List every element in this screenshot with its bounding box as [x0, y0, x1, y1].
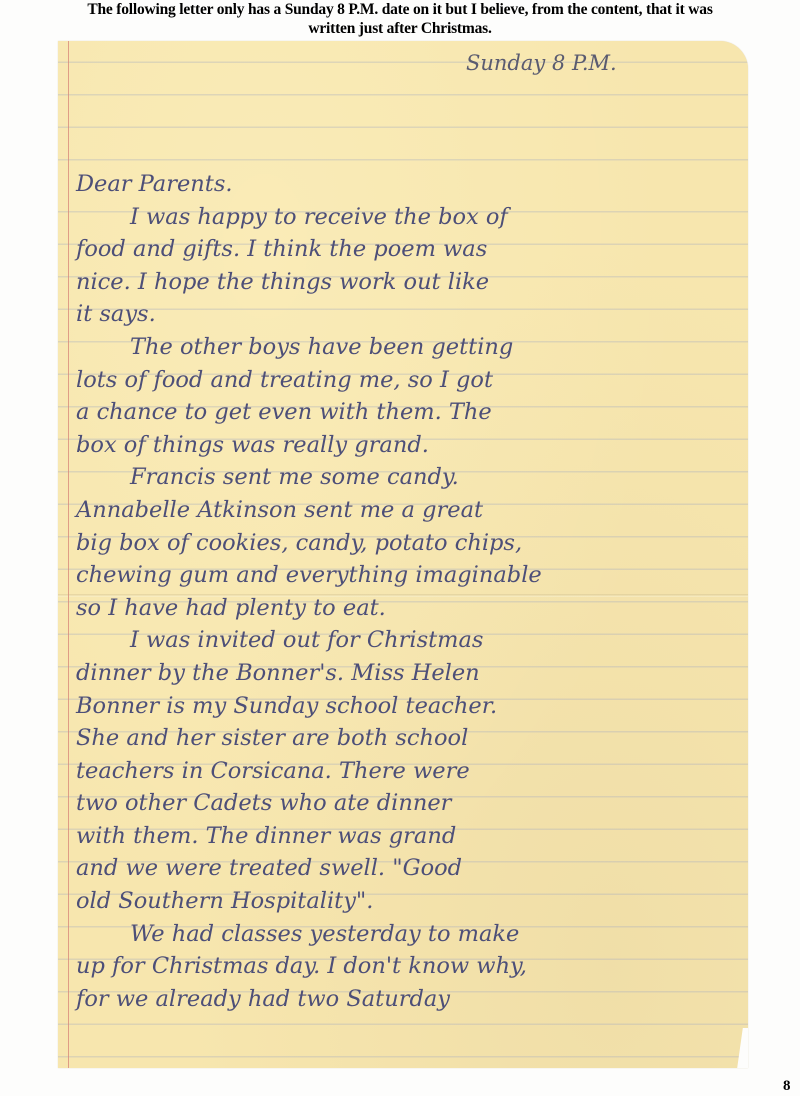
letter-line: She and her sister are both school: [76, 722, 741, 755]
letter-line: Bonner is my Sunday school teacher.: [76, 690, 741, 723]
letter-line: old Southern Hospitality".: [76, 885, 741, 918]
letter-line: up for Christmas day. I don't know why,: [76, 950, 741, 983]
letter-line: a chance to get even with them. The: [76, 396, 741, 429]
letter-body: Dear Parents.I was happy to receive the …: [76, 168, 741, 1015]
letter-line: Dear Parents.: [76, 168, 741, 201]
letter-date: Sunday 8 P.M.: [466, 51, 617, 75]
caption-line-1: The following letter only has a Sunday 8…: [0, 0, 800, 19]
letter-line: I was happy to receive the box of: [76, 201, 741, 234]
margin-rule: [68, 41, 69, 1068]
letter-line: and we were treated swell. "Good: [76, 852, 741, 885]
letter-line: I was invited out for Christmas: [76, 624, 741, 657]
caption-line-2: written just after Christmas.: [0, 19, 800, 38]
letter-line: Francis sent me some candy.: [76, 461, 741, 494]
letter-line: teachers in Corsicana. There were: [76, 755, 741, 788]
letter-line: big box of cookies, candy, potato chips,: [76, 527, 741, 560]
letter-page: Sunday 8 P.M. Dear Parents.I was happy t…: [58, 41, 748, 1068]
letter-line: with them. The dinner was grand: [76, 820, 741, 853]
letter-line: lots of food and treating me, so I got: [76, 364, 741, 397]
document-caption: The following letter only has a Sunday 8…: [0, 0, 800, 38]
letter-line: chewing gum and everything imaginable: [76, 559, 741, 592]
letter-line: for we already had two Saturday: [76, 983, 741, 1016]
letter-line: box of things was really grand.: [76, 429, 741, 462]
letter-line: We had classes yesterday to make: [76, 918, 741, 951]
letter-line: so I have had plenty to eat.: [76, 592, 741, 625]
page-number: 8: [783, 1078, 791, 1095]
letter-line: Annabelle Atkinson sent me a great: [76, 494, 741, 527]
letter-line: two other Cadets who ate dinner: [76, 787, 741, 820]
letter-line: food and gifts. I think the poem was: [76, 233, 741, 266]
letter-line: nice. I hope the things work out like: [76, 266, 741, 299]
letter-line: dinner by the Bonner's. Miss Helen: [76, 657, 741, 690]
letter-line: The other boys have been getting: [76, 331, 741, 364]
letter-line: it says.: [76, 298, 741, 331]
